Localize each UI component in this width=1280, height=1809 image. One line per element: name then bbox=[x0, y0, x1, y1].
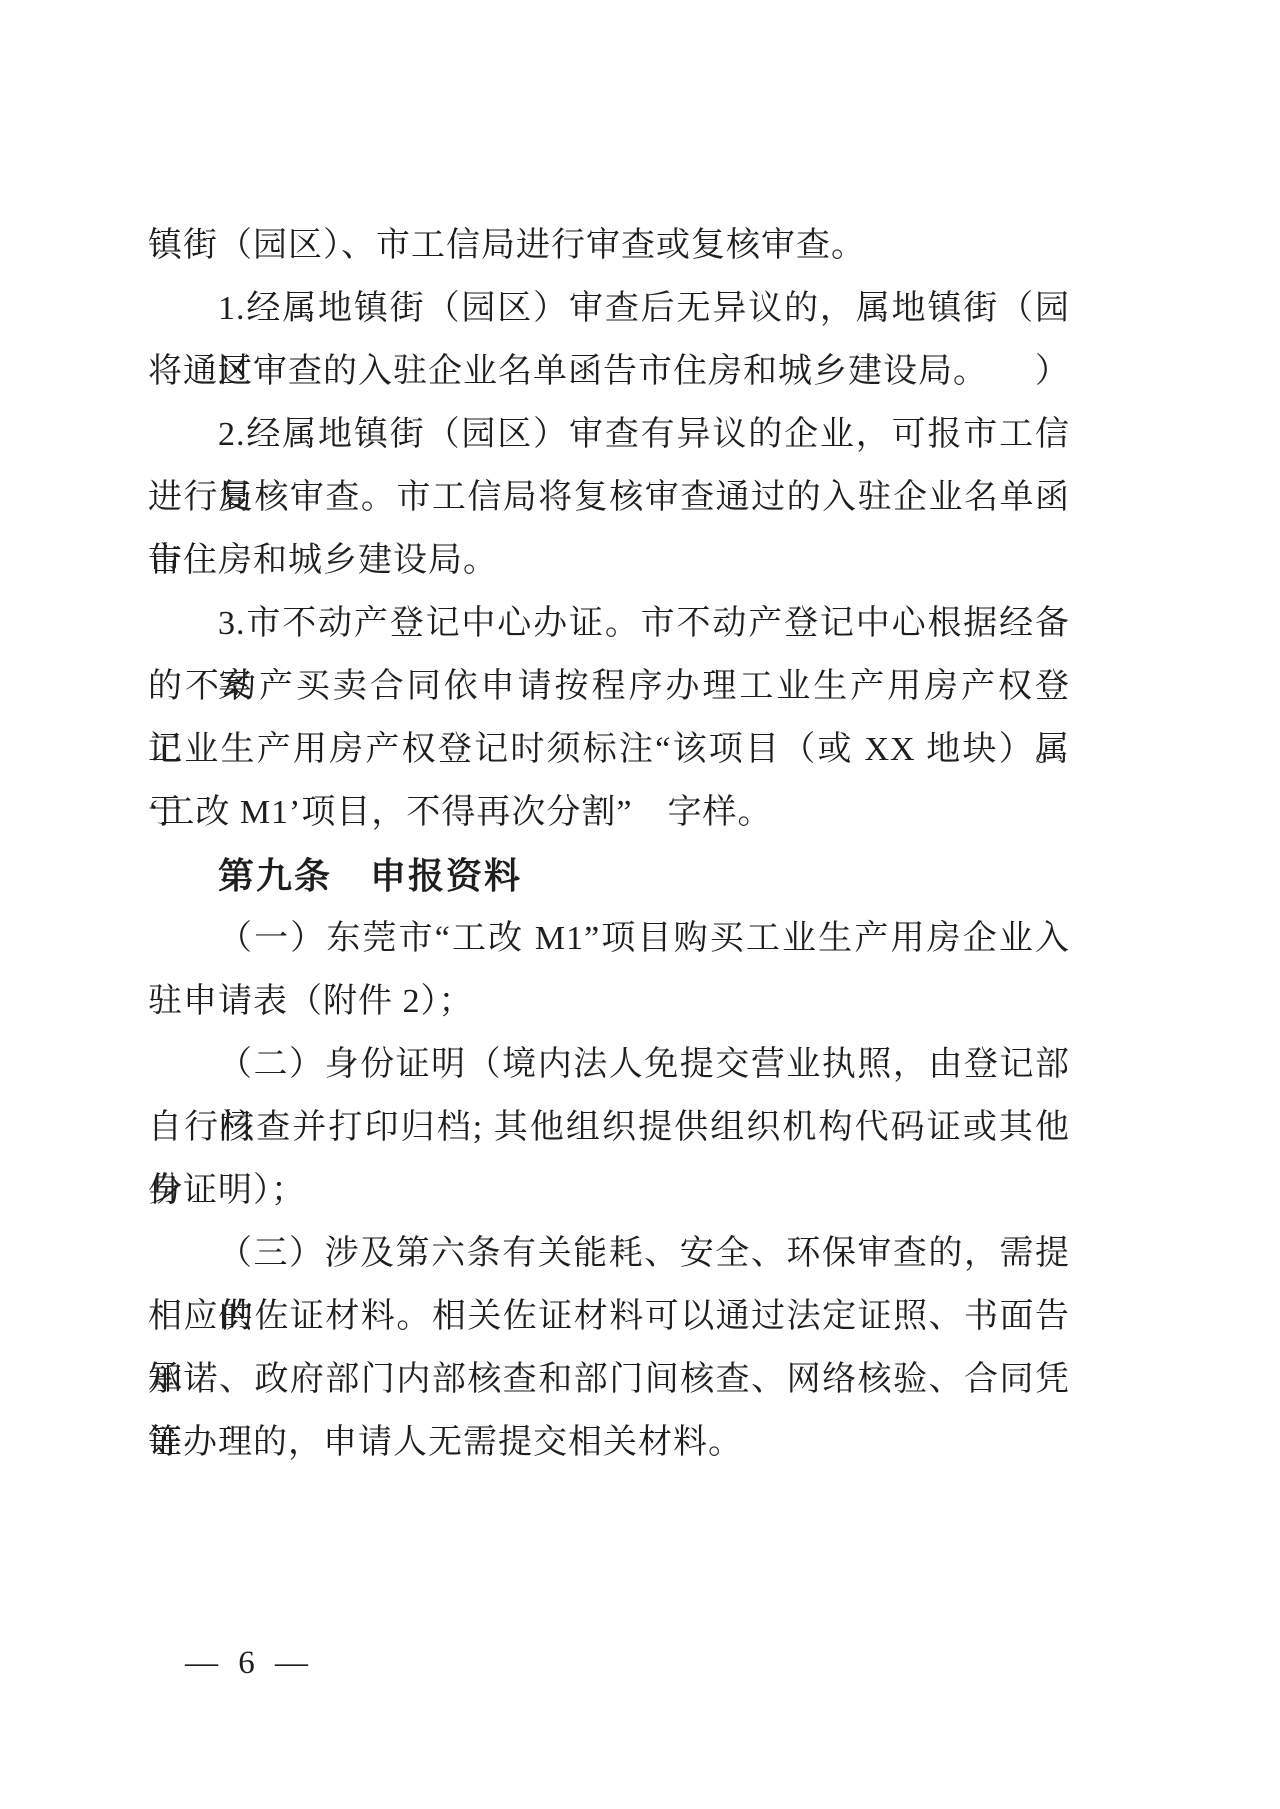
text-line: 驻申请表（附件 2）； bbox=[148, 970, 1070, 1033]
text-line: 镇街（园区）、市工信局进行审查或复核审查。 bbox=[148, 214, 1070, 277]
text-line: 承诺、政府部门内部核查和部门间核查、网络核验、合同凭证 bbox=[148, 1348, 1070, 1411]
text-line: 份证明）； bbox=[148, 1159, 1070, 1222]
text-line: 市住房和城乡建设局。 bbox=[148, 529, 1070, 592]
document-page: 镇街（园区）、市工信局进行审查或复核审查。 1.经属地镇街（园区）审查后无异议的… bbox=[0, 0, 1280, 1809]
text-line: （二）身份证明（境内法人免提交营业执照，由登记部门 bbox=[148, 1033, 1070, 1096]
document-body: 镇街（园区）、市工信局进行审查或复核审查。 1.经属地镇街（园区）审查后无异议的… bbox=[148, 214, 1070, 1474]
text-line: 自行核查并打印归档; 其他组织提供组织机构代码证或其他身 bbox=[148, 1096, 1070, 1159]
text-line: （三）涉及第六条有关能耗、安全、环保审查的，需提供 bbox=[148, 1222, 1070, 1285]
text-line: 工业生产用房产权登记时须标注“该项目（或 XX 地块）属于 bbox=[148, 718, 1070, 781]
text-line: 进行复核审查。市工信局将复核审查通过的入驻企业名单函告 bbox=[148, 466, 1070, 529]
text-line: （一）东莞市“工改 M1”项目购买工业生产用房企业入 bbox=[148, 907, 1070, 970]
page-number: — 6 — bbox=[185, 1638, 314, 1688]
text-line: 1.经属地镇街（园区）审查后无异议的，属地镇街（园区） bbox=[148, 277, 1070, 340]
text-line: 2.经属地镇街（园区）审查有异议的企业，可报市工信局 bbox=[148, 403, 1070, 466]
text-line: 等办理的，申请人无需提交相关材料。 bbox=[148, 1411, 1070, 1474]
article-9-heading: 第九条 申报资料 bbox=[148, 844, 1070, 907]
text-line: 3.市不动产登记中心办证。市不动产登记中心根据经备案 bbox=[148, 592, 1070, 655]
text-line: 将通过审查的入驻企业名单函告市住房和城乡建设局。 bbox=[148, 340, 1070, 403]
text-line: 的不动产买卖合同依申请按程序办理工业生产用房产权登记。 bbox=[148, 655, 1070, 718]
text-line: ‘工改 M1’项目，不得再次分割” 字样。 bbox=[148, 781, 1070, 844]
text-line: 相应的佐证材料。相关佐证材料可以通过法定证照、书面告知 bbox=[148, 1285, 1070, 1348]
